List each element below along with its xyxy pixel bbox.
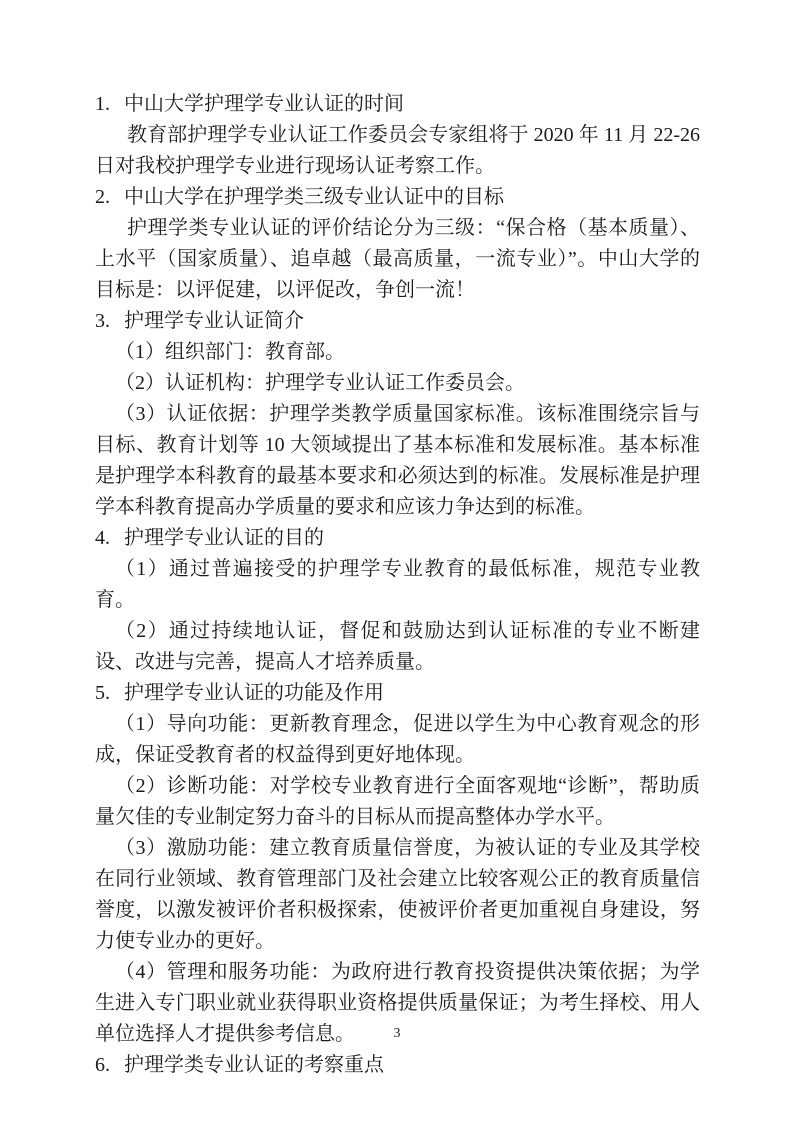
section-5-item-1: （1）导向功能：更新教育理念，促进以学生为中心教育观念的形成，保证受教育者的权益… xyxy=(95,709,700,771)
document-body: 1.中山大学护理学专业认证的时间 教育部护理学专业认证工作委员会专家组将于 20… xyxy=(95,89,700,1081)
section-4-title: 护理学专业认证的目的 xyxy=(124,527,324,549)
section-5-item-2: （2）诊断功能：对学校专业教育进行全面客观地“诊断”，帮助质量欠佳的专业制定努力… xyxy=(95,771,700,833)
section-3-number: 3. xyxy=(95,306,124,337)
section-3-heading: 3.护理学专业认证简介 xyxy=(95,306,700,337)
section-4-number: 4. xyxy=(95,523,124,554)
section-2-title: 中山大学在护理学类三级专业认证中的目标 xyxy=(124,186,504,208)
section-5-heading: 5.护理学专业认证的功能及作用 xyxy=(95,678,700,709)
page-number: 3 xyxy=(0,1024,794,1044)
section-1-heading: 1.中山大学护理学专业认证的时间 xyxy=(95,89,700,120)
section-3-title: 护理学专业认证简介 xyxy=(124,310,304,332)
section-5: 5.护理学专业认证的功能及作用 （1）导向功能：更新教育理念，促进以学生为中心教… xyxy=(95,678,700,1050)
section-3: 3.护理学专业认证简介 （1）组织部门：教育部。 （2）认证机构：护理学专业认证… xyxy=(95,306,700,523)
section-6-number: 6. xyxy=(95,1050,124,1081)
section-2: 2.中山大学在护理学类三级专业认证中的目标 护理学类专业认证的评价结论分为三级：… xyxy=(95,182,700,306)
section-2-heading: 2.中山大学在护理学类三级专业认证中的目标 xyxy=(95,182,700,213)
section-1-number: 1. xyxy=(95,89,124,120)
section-3-item-3: （3）认证依据：护理学类教学质量国家标准。该标准围绕宗旨与目标、教育计划等 10… xyxy=(95,399,700,523)
section-1-title: 中山大学护理学专业认证的时间 xyxy=(124,93,404,115)
section-1-paragraph: 教育部护理学专业认证工作委员会专家组将于 2020 年 11 月 22-26 日… xyxy=(95,120,700,182)
section-1: 1.中山大学护理学专业认证的时间 教育部护理学专业认证工作委员会专家组将于 20… xyxy=(95,89,700,182)
section-5-number: 5. xyxy=(95,678,124,709)
section-3-item-1: （1）组织部门：教育部。 xyxy=(95,337,700,368)
section-2-paragraph: 护理学类专业认证的评价结论分为三级：“保合格（基本质量）、上水平（国家质量）、追… xyxy=(95,213,700,306)
section-6-heading: 6.护理学类专业认证的考察重点 xyxy=(95,1050,700,1081)
section-6: 6.护理学类专业认证的考察重点 xyxy=(95,1050,700,1081)
section-6-title: 护理学类专业认证的考察重点 xyxy=(124,1054,384,1076)
section-4: 4.护理学专业认证的目的 （1）通过普遍接受的护理学专业教育的最低标准，规范专业… xyxy=(95,523,700,678)
section-4-item-1: （1）通过普遍接受的护理学专业教育的最低标准，规范专业教育。 xyxy=(95,554,700,616)
section-5-title: 护理学专业认证的功能及作用 xyxy=(124,682,384,704)
section-3-item-2: （2）认证机构：护理学专业认证工作委员会。 xyxy=(95,368,700,399)
section-4-heading: 4.护理学专业认证的目的 xyxy=(95,523,700,554)
section-4-item-2: （2）通过持续地认证，督促和鼓励达到认证标准的专业不断建设、改进与完善，提高人才… xyxy=(95,616,700,678)
document-page: 1.中山大学护理学专业认证的时间 教育部护理学专业认证工作委员会专家组将于 20… xyxy=(0,0,794,1123)
section-5-item-3: （3）激励功能：建立教育质量信誉度，为被认证的专业及其学校在同行业领域、教育管理… xyxy=(95,833,700,957)
section-2-number: 2. xyxy=(95,182,124,213)
